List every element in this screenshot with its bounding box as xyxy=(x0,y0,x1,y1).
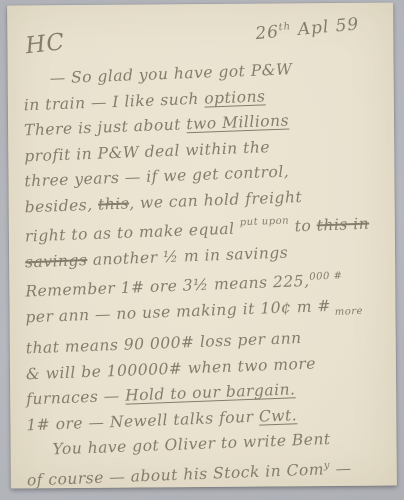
letter-text-segment: in train — I like such xyxy=(24,89,205,114)
letter-text-segment: savings xyxy=(25,251,88,271)
letter-text-segment: 000 # xyxy=(309,271,343,283)
letter-text-segment: There is just about xyxy=(24,115,187,139)
letter-text-segment: this in xyxy=(316,215,369,235)
letter-text-segment: options xyxy=(204,87,266,107)
letter-text-segment: , we can hold freight xyxy=(129,187,303,211)
scanned-letter: 26th Apl 59 HC — So glad you have got P&… xyxy=(0,0,404,500)
letter-text-segment: besides, xyxy=(24,195,98,216)
letter-text-segment: two Millions xyxy=(186,111,289,133)
letter-text-segment: Cwt. xyxy=(259,406,298,425)
letter-text-segment: more xyxy=(331,306,363,318)
letter-text-segment: — xyxy=(330,459,352,478)
letter-text-segment: of course — about his Stock in Com xyxy=(27,460,325,489)
letter-paper: 26th Apl 59 HC — So glad you have got P&… xyxy=(7,2,397,488)
letter-body: — So glad you have got P&Win train — I l… xyxy=(24,65,387,494)
letter-text-segment: put upon xyxy=(240,215,290,228)
date-day: 26 xyxy=(254,22,279,44)
letter-date: 26th Apl 59 xyxy=(254,14,360,44)
letter-salutation: HC xyxy=(24,29,66,59)
letter-text-segment: to xyxy=(289,217,317,236)
letter-text-segment: this xyxy=(98,194,130,213)
date-suffix: th xyxy=(278,21,291,33)
letter-text-segment: — So glad you have got P&W xyxy=(49,60,292,87)
letter-text-segment: Hold to our bargain. xyxy=(125,381,296,405)
date-rest: Apl 59 xyxy=(290,14,360,40)
letter-text-segment: furnaces — xyxy=(26,387,126,409)
letter-text-segment: another ½ m in savings xyxy=(87,243,288,269)
letter-text-segment: right to as to make equal xyxy=(25,219,241,245)
